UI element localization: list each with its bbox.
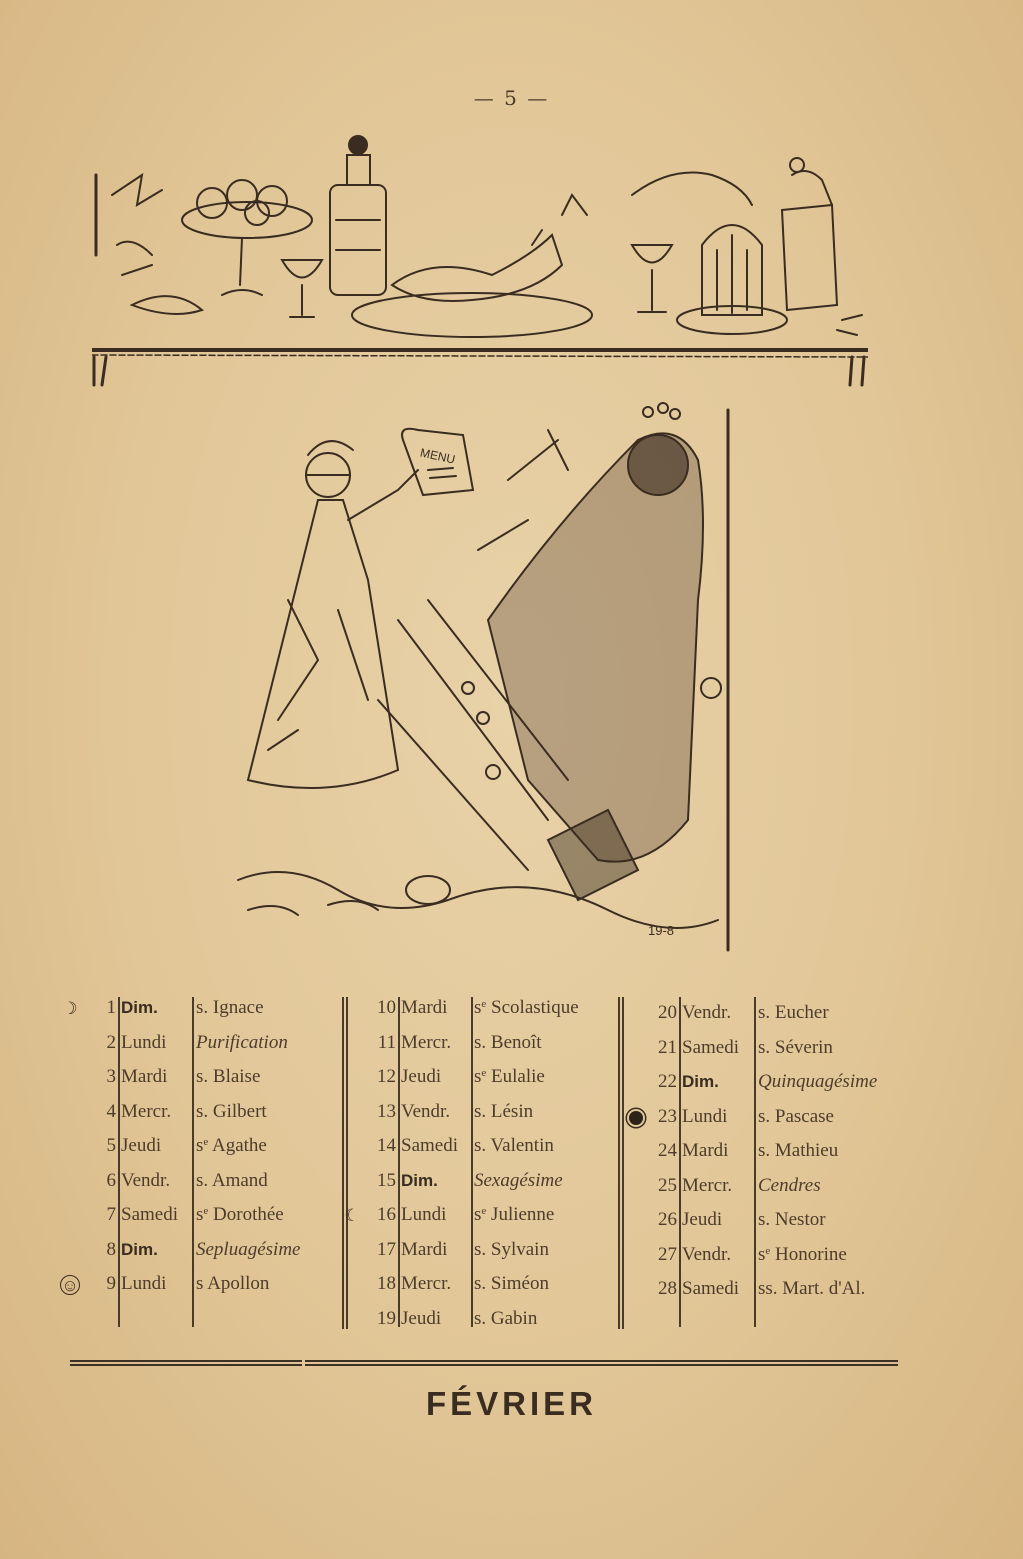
page-number: — 5 — (0, 86, 1023, 110)
day-number: 26 (60, 1205, 677, 1235)
weekday: Jeudi (682, 1205, 722, 1235)
weekday: Samedi (682, 1274, 739, 1304)
weekday: Vendr. (682, 1240, 731, 1270)
calendar-day-row: 25Mercr.Cendres (60, 1171, 910, 1205)
saint-or-feast: ss. Mart. d'Al. (758, 1274, 865, 1304)
menu-scene-illustration: MENU 19-8 (228, 400, 740, 955)
double-rule-divider (70, 1360, 898, 1366)
weekday: Mercr. (682, 1171, 732, 1201)
day-number: 21 (60, 1033, 677, 1063)
artist-signature: 19-8 (648, 923, 674, 938)
day-number: 22 (60, 1067, 677, 1097)
calendar-day-row: 21Samedis. Séverin (60, 1033, 910, 1067)
calendar-day-row: 19Jeudis. Gabin (60, 1304, 910, 1338)
calendar-day-row: 24Mardis. Mathieu (60, 1136, 910, 1170)
saint-or-feast: s. Mathieu (758, 1136, 838, 1166)
weekday: Jeudi (401, 1304, 441, 1334)
calendar-day-row: 20Vendr.s. Eucher (60, 998, 910, 1032)
weekday: Mardi (682, 1136, 728, 1166)
weekday: Vendr. (682, 998, 731, 1028)
day-number: 19 (60, 1304, 396, 1334)
month-title: FÉVRIER (0, 1385, 1023, 1423)
calendar-day-row: 26Jeudis. Nestor (60, 1205, 910, 1239)
saint-or-feast: s. Nestor (758, 1205, 826, 1235)
saint-or-feast: s. Séverin (758, 1033, 833, 1063)
calendar-day-row: 23Lundis. Pascase (60, 1102, 910, 1136)
calendar-day-row: 22Dim.Quinquagésime (60, 1067, 910, 1101)
saint-or-feast: s. Gabin (474, 1304, 537, 1334)
saint-or-feast: s. Pascase (758, 1102, 834, 1132)
saint-or-feast: Cendres (758, 1171, 821, 1201)
day-number: 23 (60, 1102, 677, 1132)
menu-text: MENU (419, 446, 456, 467)
rule-break (302, 1358, 305, 1368)
day-number: 20 (60, 998, 677, 1028)
weekday: Samedi (682, 1033, 739, 1063)
calendar-day-row: 28Samediss. Mart. d'Al. (60, 1274, 910, 1308)
day-number: 27 (60, 1240, 677, 1270)
calendar-day-row: 27Vendr.se Honorine (60, 1240, 910, 1274)
banquet-table-illustration (92, 135, 868, 390)
weekday: Lundi (682, 1102, 727, 1132)
february-calendar: ☽1Dim.s. Ignace2LundiPurification3Mardis… (60, 993, 910, 1333)
weekday: Dim. (682, 1067, 719, 1097)
saint-or-feast: se Honorine (758, 1240, 847, 1270)
day-number: 25 (60, 1171, 677, 1201)
day-number: 24 (60, 1136, 677, 1166)
saint-or-feast: Quinquagésime (758, 1067, 877, 1097)
saint-or-feast: s. Eucher (758, 998, 829, 1028)
day-number: 28 (60, 1274, 677, 1304)
